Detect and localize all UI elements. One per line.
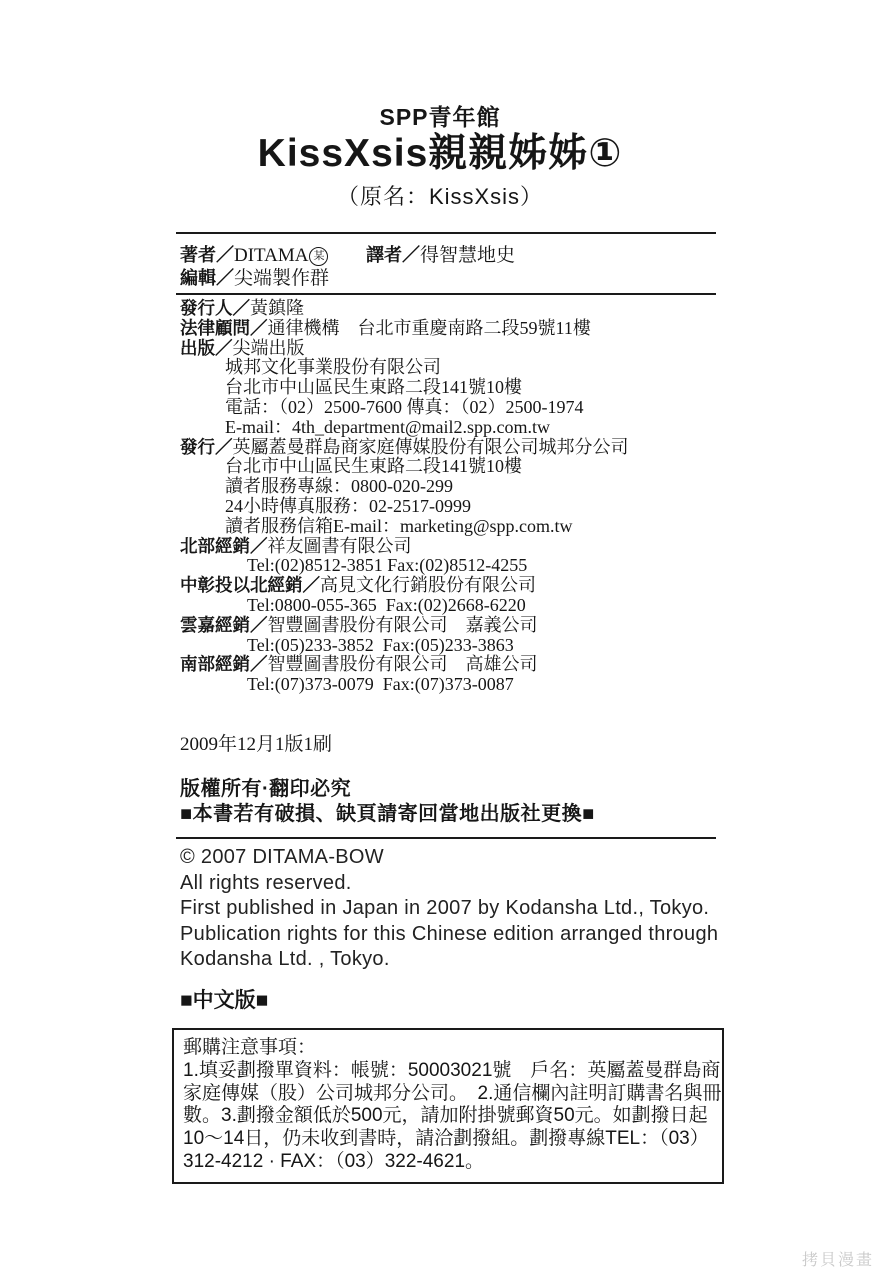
editor-label: 編輯／ bbox=[180, 268, 234, 288]
mail-order-line-5: 312-4212 · FAX：（03）322-4621。 bbox=[183, 1151, 714, 1174]
edition-date: 2009年12月1版1刷 bbox=[180, 734, 332, 756]
mail-order-line-3: 數。3.劃撥金額低於500元，請加附掛號郵資50元。如劃撥日起 bbox=[183, 1105, 714, 1128]
mail-order-line-1: 1.填妥劃撥單資料：帳號：50003021號 戶名：英屬蓋曼群島商 bbox=[183, 1060, 714, 1083]
chinese-edition-label: ■中文版■ bbox=[180, 989, 268, 1013]
english-first-published-line: First published in Japan in 2007 by Koda… bbox=[180, 896, 718, 922]
translator-name: 得智慧地史 bbox=[420, 245, 515, 266]
english-copyright-line: © 2007 DITAMA-BOW bbox=[180, 845, 718, 871]
mail-order-heading: 郵購注意事項： bbox=[183, 1037, 714, 1060]
translator-credit: 譯者／得智慧地史 bbox=[366, 244, 515, 267]
mail-order-line-4: 10～14日，仍未收到書時，請洽劃撥組。劃撥專線TEL：（03） bbox=[183, 1128, 714, 1151]
credits-row-1: 著者／DITAMA某 譯者／得智慧地史 bbox=[180, 244, 720, 267]
info-line-phone-fax: 電話：（02）2500-7600 傳真：（02）2500-1974 bbox=[180, 398, 629, 418]
english-kodansha-line: Kodansha Ltd. , Tokyo. bbox=[180, 947, 718, 973]
original-title: （原名：KissXsis） bbox=[0, 182, 880, 212]
info-line-north-dist: 北部經銷／祥友圖書有限公司 bbox=[180, 537, 629, 557]
info-line-yunjia-dist: 雲嘉經銷／智豐圖書股份有限公司 嘉義公司 bbox=[180, 616, 629, 636]
info-line-service-email: 讀者服務信箱E-mail：marketing@spp.com.tw bbox=[180, 517, 629, 537]
info-line-service-line: 讀者服務專線：0800-020-299 bbox=[180, 477, 629, 497]
info-line-legal: 法律顧問／通律機構 台北市重慶南路二段59號11樓 bbox=[180, 319, 629, 339]
imprint-name: SPP青年館 bbox=[0, 104, 880, 131]
info-line-south-dist: 南部經銷／智豐圖書股份有限公司 高雄公司 bbox=[180, 655, 629, 675]
info-line-dist-address: 台北市中山區民生東路二段141號10樓 bbox=[180, 457, 629, 477]
divider-top bbox=[176, 232, 716, 234]
publication-info: 發行人／黃鎮隆 法律顧問／通律機構 台北市重慶南路二段59號11樓 出版／尖端出… bbox=[180, 299, 629, 695]
scanlation-watermark: 拷貝漫畫 bbox=[802, 1252, 874, 1270]
mail-order-notice-box: 郵購注意事項： 1.填妥劃撥單資料：帳號：50003021號 戶名：英屬蓋曼群島… bbox=[172, 1028, 724, 1184]
info-line-distributor: 發行／英屬蓋曼群島商家庭傳媒股份有限公司城邦分公司 bbox=[180, 438, 629, 458]
info-line-fax-service: 24小時傳真服務：02-2517-0999 bbox=[180, 497, 629, 517]
english-copyright-block: © 2007 DITAMA-BOW All rights reserved. F… bbox=[180, 845, 718, 973]
title-block: SPP青年館 KissXsis親親姊姊① （原名：KissXsis） bbox=[0, 104, 880, 212]
editor-name: 尖端製作群 bbox=[234, 268, 329, 289]
editor-credit: 編輯／尖端製作群 bbox=[180, 267, 329, 290]
divider-english bbox=[176, 837, 716, 839]
author-credit: 著者／DITAMA某 bbox=[180, 244, 366, 267]
info-line-central-dist: 中彰投以北經銷／高見文化行銷股份有限公司 bbox=[180, 576, 629, 596]
copyright-statement: 版權所有·翻印必究 bbox=[180, 777, 595, 802]
info-line-central-tel: Tel:0800-055-365 Fax:(02)2668-6220 bbox=[180, 596, 629, 616]
info-line-north-tel: Tel:(02)8512-3851 Fax:(02)8512-4255 bbox=[180, 556, 629, 576]
info-line-publisher: 出版／尖端出版 bbox=[180, 339, 629, 359]
rights-block: 版權所有·翻印必究 ■本書若有破損、缺頁請寄回當地出版社更換■ bbox=[180, 777, 595, 827]
info-line-yunjia-tel: Tel:(05)233-3852 Fax:(05)233-3863 bbox=[180, 636, 629, 656]
info-line-email: E-mail：4th_department@mail2.spp.com.tw bbox=[180, 418, 629, 438]
mail-order-line-2: 家庭傳媒（股）公司城邦分公司。 2.通信欄內註明訂購書名與冊 bbox=[183, 1083, 714, 1106]
divider-credits bbox=[176, 293, 716, 295]
english-rights-line: All rights reserved. bbox=[180, 871, 718, 897]
colophon-page: SPP青年館 KissXsis親親姊姊① （原名：KissXsis） 著者／DI… bbox=[0, 0, 880, 1280]
book-title: KissXsis親親姊姊① bbox=[0, 131, 880, 177]
author-label: 著者／ bbox=[180, 245, 234, 265]
author-circled-mark: 某 bbox=[309, 247, 328, 266]
english-publication-rights-line: Publication rights for this Chinese edit… bbox=[180, 922, 718, 948]
info-line-address: 台北市中山區民生東路二段141號10樓 bbox=[180, 378, 629, 398]
credits-row-2: 編輯／尖端製作群 bbox=[180, 267, 720, 290]
info-line-company: 城邦文化事業股份有限公司 bbox=[180, 358, 629, 378]
info-line-publisher-person: 發行人／黃鎮隆 bbox=[180, 299, 629, 319]
author-name: DITAMA bbox=[234, 245, 308, 266]
info-line-south-tel: Tel:(07)373-0079 Fax:(07)373-0087 bbox=[180, 675, 629, 695]
credits-block: 著者／DITAMA某 譯者／得智慧地史 編輯／尖端製作群 bbox=[180, 244, 720, 290]
damage-notice: ■本書若有破損、缺頁請寄回當地出版社更換■ bbox=[180, 802, 595, 827]
translator-label: 譯者／ bbox=[366, 245, 420, 265]
